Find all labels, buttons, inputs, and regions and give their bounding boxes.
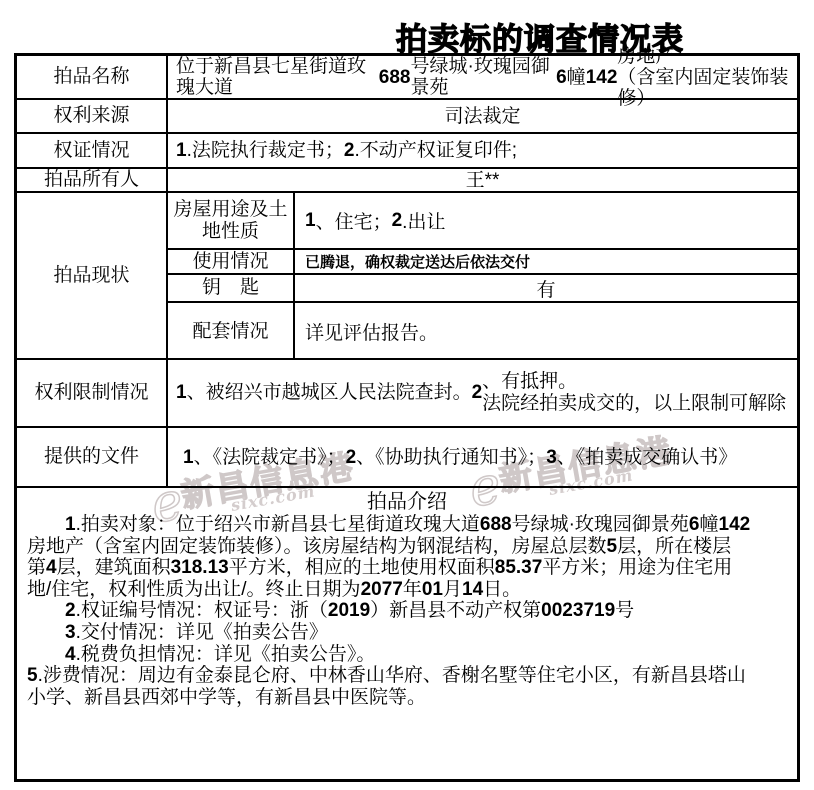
intro-paragraph: 3.交付情况：详见《拍卖公告》 <box>17 622 797 644</box>
table-row-documents: 提供的文件 1、《法院裁定书》；2、《协助执行通知书》； 3、《拍卖成交确认书》 <box>17 428 797 488</box>
investigation-table: 拍品名称 位于新昌县七星街道玫瑰大道688号绿城·玫瑰园御景苑6幢142房地产 … <box>14 53 800 782</box>
page-title: 拍卖标的调查情况表 <box>396 14 684 59</box>
intro-paragraph: 1.拍卖对象：位于绍兴市新昌县七星街道玫瑰大道688号绿城·玫瑰园御景苑6幢14… <box>17 514 797 600</box>
table-row-owner: 拍品所有人 王** <box>17 169 797 193</box>
subrow-occupancy-label: 使用情况 <box>168 250 295 273</box>
status-subtable: 房屋用途及土地性质 1、住宅；2.出让 使用情况 已腾退，确权裁定送达后依法交付… <box>168 193 797 358</box>
row-cert-value: 1.法院执行裁定书；2.不动产权证复印件; <box>168 134 797 167</box>
row-documents-value: 1、《法院裁定书》；2、《协助执行通知书》； 3、《拍卖成交确认书》 <box>168 428 797 486</box>
subrow-occupancy-value: 已腾退，确权裁定送达后依法交付 <box>295 250 797 273</box>
status-subrow-usage-type: 房屋用途及土地性质 1、住宅；2.出让 <box>168 193 797 250</box>
status-subrow-occupancy: 使用情况 已腾退，确权裁定送达后依法交付 <box>168 250 797 275</box>
table-row-name: 拍品名称 位于新昌县七星街道玫瑰大道688号绿城·玫瑰园御景苑6幢142房地产 … <box>17 56 797 100</box>
subrow-key-value: 有 <box>295 275 797 301</box>
table-row-intro: 拍品介绍 1.拍卖对象：位于绍兴市新昌县七星街道玫瑰大道688号绿城·玫瑰园御景… <box>17 488 797 785</box>
row-name-label: 拍品名称 <box>17 56 168 98</box>
subrow-key-label: 钥 匙 <box>168 275 295 301</box>
row-owner-value: 王** <box>168 169 797 191</box>
row-source-value: 司法裁定 <box>168 100 797 132</box>
subrow-usage-type-label: 房屋用途及土地性质 <box>168 193 295 248</box>
status-subrow-key: 钥 匙 有 <box>168 275 797 303</box>
table-row-restrictions: 权利限制情况 1、被绍兴市越城区人民法院查封。 2、有抵押。 法院经拍卖成交的，… <box>17 360 797 428</box>
row-documents-label: 提供的文件 <box>17 428 168 486</box>
row-source-label: 权利来源 <box>17 100 168 132</box>
row-cert-label: 权证情况 <box>17 134 168 167</box>
subrow-facilities-value: 详见评估报告。 <box>295 303 797 360</box>
row-owner-label: 拍品所有人 <box>17 169 168 191</box>
row-restrictions-label: 权利限制情况 <box>17 360 168 426</box>
intro-header: 拍品介绍 <box>17 488 797 514</box>
subrow-usage-type-value: 1、住宅；2.出让 <box>295 193 797 248</box>
table-row-status: 拍品现状 房屋用途及土地性质 1、住宅；2.出让 使用情况 已腾退，确权裁定送达… <box>17 193 797 360</box>
row-restrictions-value: 1、被绍兴市越城区人民法院查封。 2、有抵押。 法院经拍卖成交的，以上限制可解除 <box>168 360 797 426</box>
status-subrow-facilities: 配套情况 详见评估报告。 <box>168 303 797 360</box>
intro-paragraph: 5.涉费情况：周边有金泰昆仑府、中林香山华府、香榭名墅等住宅小区，有新昌县塔山 … <box>17 665 797 708</box>
subrow-facilities-label: 配套情况 <box>168 303 295 360</box>
intro-paragraph: 2.权证编号情况：权证号：浙（2019）新昌县不动产权第0023719号 <box>17 600 797 622</box>
row-status-label: 拍品现状 <box>17 193 168 358</box>
table-row-cert: 权证情况 1.法院执行裁定书；2.不动产权证复印件; <box>17 134 797 169</box>
table-row-source: 权利来源 司法裁定 <box>17 100 797 134</box>
row-name-value: 位于新昌县七星街道玫瑰大道688号绿城·玫瑰园御景苑6幢142房地产 （含室内固… <box>168 56 797 98</box>
intro-paragraph: 4.税费负担情况：详见《拍卖公告》。 <box>17 644 797 666</box>
